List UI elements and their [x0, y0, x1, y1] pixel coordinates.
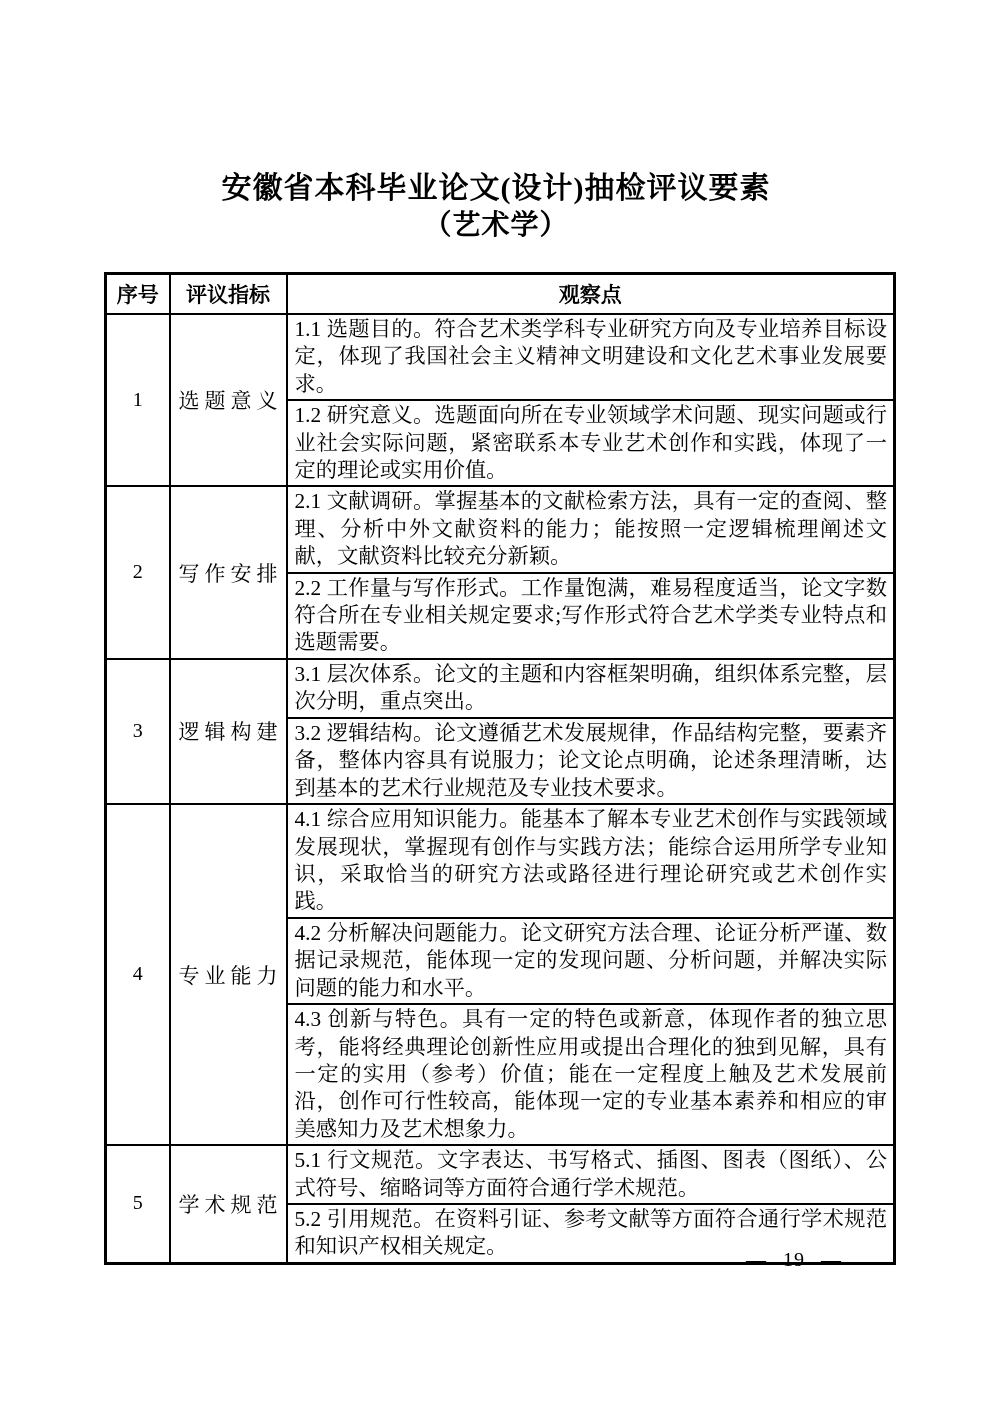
indicator-cell: 写作安排	[170, 486, 287, 658]
review-criteria-table: 序号 评议指标 观察点 1 选题意义 1.1 选题目的。符合艺术类学科专业研究方…	[104, 272, 896, 1265]
indicator-cell: 学术规范	[170, 1145, 287, 1263]
table-row: 4 专业能力 4.1 综合应用知识能力。能基本了解本专业艺术创作与实践领域发展现…	[106, 804, 895, 918]
row-number: 4	[106, 804, 170, 1145]
observation-cell: 2.1 文献调研。掌握基本的文献检索方法，具有一定的查阅、整理、分析中外文献资料…	[287, 486, 895, 572]
table-row: 3 逻辑构建 3.1 层次体系。论文的主题和内容框架明确，组织体系完整，层次分明…	[106, 659, 895, 718]
observation-cell: 5.1 行文规范。文字表达、书写格式、插图、图表（图纸）、公式符号、缩略词等方面…	[287, 1145, 895, 1204]
observation-cell: 4.1 综合应用知识能力。能基本了解本专业艺术创作与实践领域发展现状，掌握现有创…	[287, 804, 895, 918]
observation-cell: 3.2 逻辑结构。论文遵循艺术发展规律，作品结构完整，要素齐备，整体内容具有说服…	[287, 718, 895, 804]
indicator-cell: 逻辑构建	[170, 659, 287, 804]
observation-cell: 1.1 选题目的。符合艺术类学科专业研究方向及专业培养目标设定，体现了我国社会主…	[287, 314, 895, 400]
title-block: 安徽省本科毕业论文(设计)抽检评议要素 （艺术学）	[0, 170, 992, 244]
page-subtitle: （艺术学）	[0, 208, 992, 244]
document-page: 安徽省本科毕业论文(设计)抽检评议要素 （艺术学） 序号 评议指标 观察点 1 …	[0, 0, 992, 1403]
table-row: 1 选题意义 1.1 选题目的。符合艺术类学科专业研究方向及专业培养目标设定，体…	[106, 314, 895, 400]
table-row: 5 学术规范 5.1 行文规范。文字表达、书写格式、插图、图表（图纸）、公式符号…	[106, 1145, 895, 1204]
row-number: 2	[106, 486, 170, 658]
observation-cell: 1.2 研究意义。选题面向所在专业领域学术问题、现实问题或行业社会实际问题，紧密…	[287, 400, 895, 486]
header-row: 序号 评议指标 观察点	[106, 274, 895, 315]
observation-cell: 3.1 层次体系。论文的主题和内容框架明确，组织体系完整，层次分明，重点突出。	[287, 659, 895, 718]
indicator-cell: 专业能力	[170, 804, 287, 1145]
observation-cell: 4.3 创新与特色。具有一定的特色或新意，体现作者的独立思考，能将经典理论创新性…	[287, 1004, 895, 1145]
table-row: 2 写作安排 2.1 文献调研。掌握基本的文献检索方法，具有一定的查阅、整理、分…	[106, 486, 895, 572]
col-header-review-indicator: 评议指标	[170, 274, 287, 315]
row-number: 5	[106, 1145, 170, 1263]
page-title: 安徽省本科毕业论文(设计)抽检评议要素	[0, 170, 992, 208]
col-header-serial-number: 序号	[106, 274, 170, 315]
observation-cell: 4.2 分析解决问题能力。论文研究方法合理、论证分析严谨、数据记录规范，能体现一…	[287, 918, 895, 1004]
row-number: 1	[106, 314, 170, 486]
observation-cell: 2.2 工作量与写作形式。工作量饱满，难易程度适当，论文字数符合所在专业相关规定…	[287, 573, 895, 659]
row-number: 3	[106, 659, 170, 804]
indicator-cell: 选题意义	[170, 314, 287, 486]
page-number: — 19 —	[746, 1249, 842, 1272]
col-header-observation-point: 观察点	[287, 274, 895, 315]
